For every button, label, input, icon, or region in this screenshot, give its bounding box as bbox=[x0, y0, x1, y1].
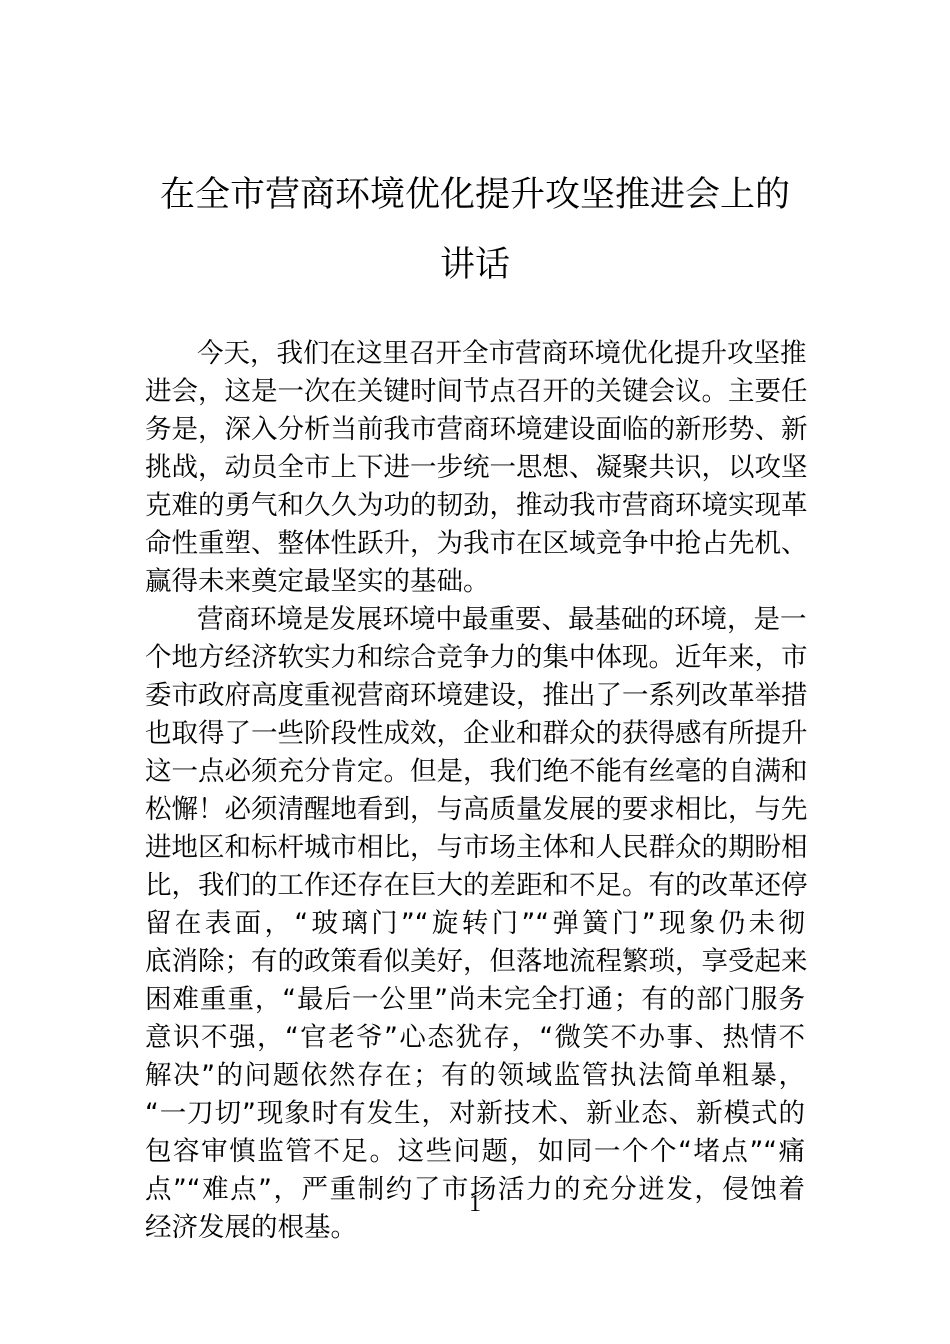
paragraph-line: 赢得未来奠定最坚实的基础。 bbox=[145, 565, 805, 599]
document-page: 在全市营商环境优化提升攻坚推进会上的 讲话 今天，我们在这里召开全市营商环境优化… bbox=[0, 0, 950, 1344]
paragraph-line: 务是，深入分析当前我市营商环境建设面临的新形势、新 bbox=[145, 413, 805, 447]
paragraph-line: 意识不强，“官老爷”心态犹存，“微笑不办事、热情不 bbox=[145, 1021, 805, 1055]
paragraph-line: 困难重重，“最后一公里”尚未完全打通；有的部门服务 bbox=[145, 983, 805, 1017]
page-number: 1 bbox=[0, 1190, 950, 1218]
paragraph-line: 个地方经济软实力和综合竞争力的集中体现。近年来，市 bbox=[145, 641, 805, 675]
paragraph-line: 营商环境是发展环境中最重要、最基础的环境，是一 bbox=[197, 603, 805, 637]
paragraph-line: 委市政府高度重视营商环境建设，推出了一系列改革举措 bbox=[145, 679, 805, 713]
paragraph-line: 这一点必须充分肯定。但是，我们绝不能有丝毫的自满和 bbox=[145, 755, 805, 789]
paragraph-line: 挑战，动员全市上下进一步统一思想、凝聚共识，以攻坚 bbox=[145, 451, 805, 485]
document-title-line-2: 讲话 bbox=[0, 243, 950, 287]
paragraph-line: 包容审慎监管不足。这些问题，如同一个个“堵点”“痛 bbox=[145, 1135, 805, 1169]
paragraph-line: 松懈！必须清醒地看到，与高质量发展的要求相比，与先 bbox=[145, 793, 805, 827]
paragraph-line: 比，我们的工作还存在巨大的差距和不足。有的改革还停 bbox=[145, 869, 805, 903]
paragraph-line: 克难的勇气和久久为功的韧劲，推动我市营商环境实现革 bbox=[145, 489, 805, 523]
paragraph-line: 进地区和标杆城市相比，与市场主体和人民群众的期盼相 bbox=[145, 831, 805, 865]
paragraph-line: 也取得了一些阶段性成效，企业和群众的获得感有所提升 bbox=[145, 717, 805, 751]
paragraph-line: 命性重塑、整体性跃升，为我市在区域竞争中抢占先机、 bbox=[145, 527, 805, 561]
paragraph-line: 今天，我们在这里召开全市营商环境优化提升攻坚推 bbox=[197, 337, 805, 371]
paragraph-line: 解决”的问题依然存在；有的领域监管执法简单粗暴， bbox=[145, 1059, 805, 1093]
paragraph-line: “一刀切”现象时有发生，对新技术、新业态、新模式的 bbox=[145, 1097, 805, 1131]
paragraph-line: 进会，这是一次在关键时间节点召开的关键会议。主要任 bbox=[145, 375, 805, 409]
paragraph-line: 留在表面，“玻璃门”“旋转门”“弹簧门”现象仍未彻 bbox=[145, 907, 805, 941]
paragraph-line: 底消除；有的政策看似美好，但落地流程繁琐，享受起来 bbox=[145, 945, 805, 979]
document-title-line-1: 在全市营商环境优化提升攻坚推进会上的 bbox=[0, 173, 950, 217]
